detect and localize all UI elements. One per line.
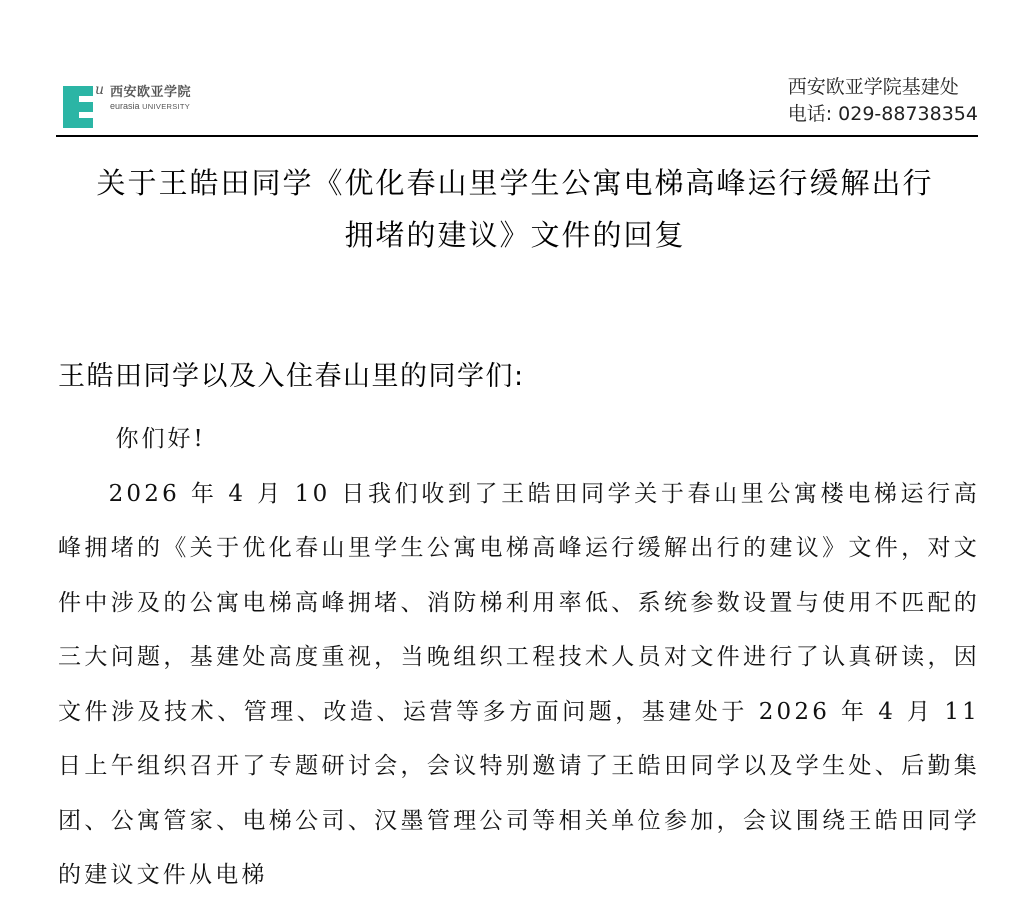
title-line-2: 拥堵的建议》文件的回复: [40, 209, 990, 261]
department-info: 西安欧亚学院基建处 电话: 029-88738354: [788, 74, 978, 128]
greeting: 你们好!: [58, 412, 980, 467]
logo-e-mark-icon: [63, 86, 93, 128]
logo-name-en: eurasia UNIVERSITY: [110, 102, 191, 111]
logo-name-cn: 西安欧亚学院: [110, 86, 191, 99]
department-phone: 电话: 029-88738354: [788, 101, 978, 128]
letterhead: u 西安欧亚学院 eurasia UNIVERSITY 西安欧亚学院基建处 电话…: [56, 72, 978, 138]
document-title: 关于王皓田同学《优化春山里学生公寓电梯高峰运行缓解出行 拥堵的建议》文件的回复: [40, 157, 990, 261]
department-name: 西安欧亚学院基建处: [788, 74, 978, 101]
university-logo: u 西安欧亚学院 eurasia UNIVERSITY: [63, 86, 191, 128]
salutation: 王皓田同学以及入住春山里的同学们:: [58, 354, 525, 393]
logo-name-en-prefix: eurasia: [110, 101, 140, 111]
header-divider: [56, 135, 978, 137]
body-paragraph: 2026 年 4 月 10 日我们收到了王皓田同学关于春山里公寓楼电梯运行高峰拥…: [58, 467, 980, 903]
logo-text: 西安欧亚学院 eurasia UNIVERSITY: [110, 86, 191, 111]
logo-name-en-suffix: UNIVERSITY: [142, 102, 190, 111]
document-body: 你们好! 2026 年 4 月 10 日我们收到了王皓田同学关于春山里公寓楼电梯…: [58, 412, 980, 903]
logo-u-superscript: u: [95, 82, 104, 98]
title-line-1: 关于王皓田同学《优化春山里学生公寓电梯高峰运行缓解出行: [40, 157, 990, 209]
